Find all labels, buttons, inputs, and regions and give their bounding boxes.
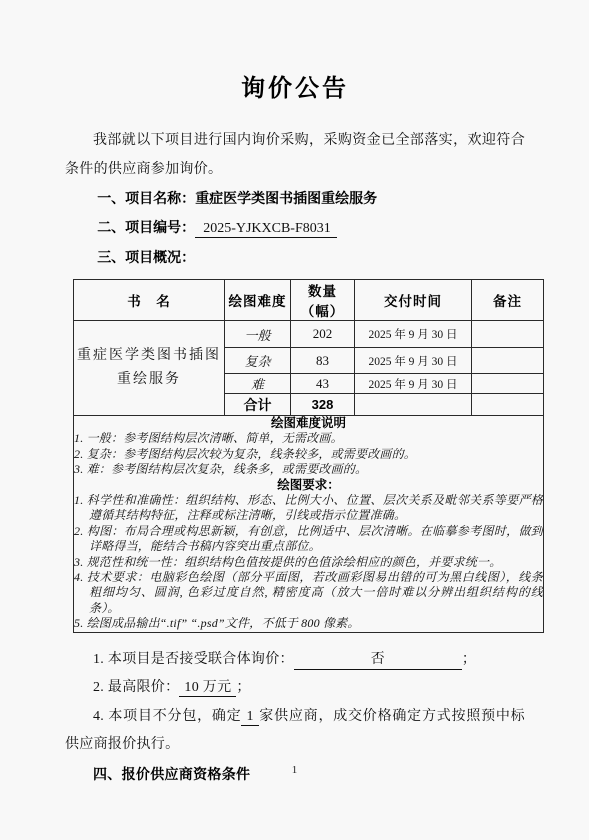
- total-delivery-cell: [355, 394, 472, 416]
- table-row: 重症医学类图书插图重绘服务 一般 202 2025 年 9 月 30 日: [74, 321, 544, 348]
- joint-bid-suffix: ；: [462, 652, 476, 667]
- max-price-suffix: ；: [236, 680, 250, 695]
- col-header-difficulty: 绘图难度: [225, 280, 291, 321]
- document-page: 询价公告 我部就以下项目进行国内询价采购，采购资金已全部落实，欢迎符合条件的供应…: [0, 0, 589, 840]
- page-title: 询价公告: [65, 68, 525, 103]
- difficulty-note-item: 2. 复杂：参考图结构层次较为复杂，线条较多，或需要改画的。: [74, 447, 543, 462]
- quantity-cell: 202: [291, 321, 355, 348]
- col-header-delivery: 交付时间: [355, 280, 472, 321]
- total-quantity-cell: 328: [291, 394, 355, 416]
- project-name-heading: 一、项目名称：重症医学类图书插图重绘服务: [65, 184, 525, 213]
- page-number: 1: [0, 764, 589, 776]
- total-note-cell: [472, 394, 544, 416]
- delivery-date-cell: 2025 年 9 月 30 日: [355, 321, 472, 348]
- project-name-value: 重症医学类图书插图重绘服务: [195, 190, 377, 206]
- joint-bid-answer: 否: [371, 652, 385, 667]
- joint-bid-answer-blank: 否: [294, 651, 462, 670]
- col-header-note: 备注: [472, 280, 544, 321]
- difficulty-note-item: 1. 一般：参考图结构层次清晰、简单，无需改画。: [74, 431, 543, 446]
- suppliers-prefix: 4. 本项目不分包，确定: [93, 709, 241, 724]
- intro-paragraph: 我部就以下项目进行国内询价采购，采购资金已全部落实，欢迎符合条件的供应商参加询价…: [65, 126, 525, 184]
- requirement-item: 1. 科学性和准确性：组织结构、形态、比例大小、位置、层次关系及毗邻关系等要严格…: [74, 493, 543, 524]
- project-number-value: 2025-YJKXCB-F8031: [195, 221, 337, 238]
- question-max-price: 2. 最高限价：10 万元；: [65, 674, 525, 703]
- delivery-date-cell: 2025 年 9 月 30 日: [355, 374, 472, 394]
- note-cell: [472, 321, 544, 348]
- book-name-cell: 重症医学类图书插图重绘服务: [74, 321, 225, 416]
- question-suppliers: 4. 本项目不分包，确定1家供应商，成交价格确定方式按照预中标供应商报价执行。: [65, 703, 525, 760]
- difficulty-notes-title: 绘图难度说明: [74, 416, 543, 431]
- quantity-cell: 83: [291, 348, 355, 374]
- table-header-row: 书 名 绘图难度 数量（幅） 交付时间 备注: [74, 280, 544, 321]
- difficulty-cell: 复杂: [225, 348, 291, 374]
- difficulty-cell: 一般: [225, 321, 291, 348]
- notes-cell: 绘图难度说明 1. 一般：参考图结构层次清晰、简单，无需改画。 2. 复杂：参考…: [74, 416, 544, 633]
- quantity-cell: 43: [291, 374, 355, 394]
- requirement-item: 3. 规范性和统一性：组织结构色值按提供的色值涂绘相应的颜色，并要求统一。: [74, 555, 543, 570]
- requirement-item: 4. 技术要求：电脑彩色绘图（部分平面图，若改画彩图易出错的可为黑白线图），线条…: [74, 570, 543, 616]
- col-header-book-name: 书 名: [74, 280, 225, 321]
- question-joint-bid: 1. 本项目是否接受联合体询价：否；: [65, 646, 525, 675]
- max-price-value: 10 万元: [179, 680, 236, 697]
- project-overview-heading: 三、项目概况：: [65, 243, 525, 272]
- delivery-date-cell: 2025 年 9 月 30 日: [355, 348, 472, 374]
- supplier-count-value: 1: [241, 709, 258, 726]
- max-price-label: 2. 最高限价：: [93, 680, 179, 695]
- requirements-title: 绘图要求：: [74, 478, 543, 493]
- table-notes-row: 绘图难度说明 1. 一般：参考图结构层次清晰、简单，无需改画。 2. 复杂：参考…: [74, 416, 544, 633]
- difficulty-cell: 难: [225, 374, 291, 394]
- total-label-cell: 合计: [225, 394, 291, 416]
- requirement-item: 2. 构图：布局合理或构思新颖，有创意，比例适中、层次清晰。在临摹参考图时，做到…: [74, 524, 543, 555]
- project-table: 书 名 绘图难度 数量（幅） 交付时间 备注 重症医学类图书插图重绘服务 一般 …: [73, 279, 544, 633]
- project-name-label: 一、项目名称：: [97, 190, 195, 206]
- col-header-quantity: 数量（幅）: [291, 280, 355, 321]
- requirement-item: 5. 绘图成品输出“.tif” “.psd”文件，不低于 800 像素。: [74, 616, 543, 631]
- note-cell: [472, 374, 544, 394]
- note-cell: [472, 348, 544, 374]
- project-number-label: 二、项目编号：: [97, 219, 195, 235]
- difficulty-note-item: 3. 难：参考图结构层次复杂，线条多，或需要改画的。: [74, 462, 543, 477]
- joint-bid-label: 1. 本项目是否接受联合体询价：: [93, 652, 294, 667]
- project-number-heading: 二、项目编号：2025-YJKXCB-F8031: [65, 213, 525, 243]
